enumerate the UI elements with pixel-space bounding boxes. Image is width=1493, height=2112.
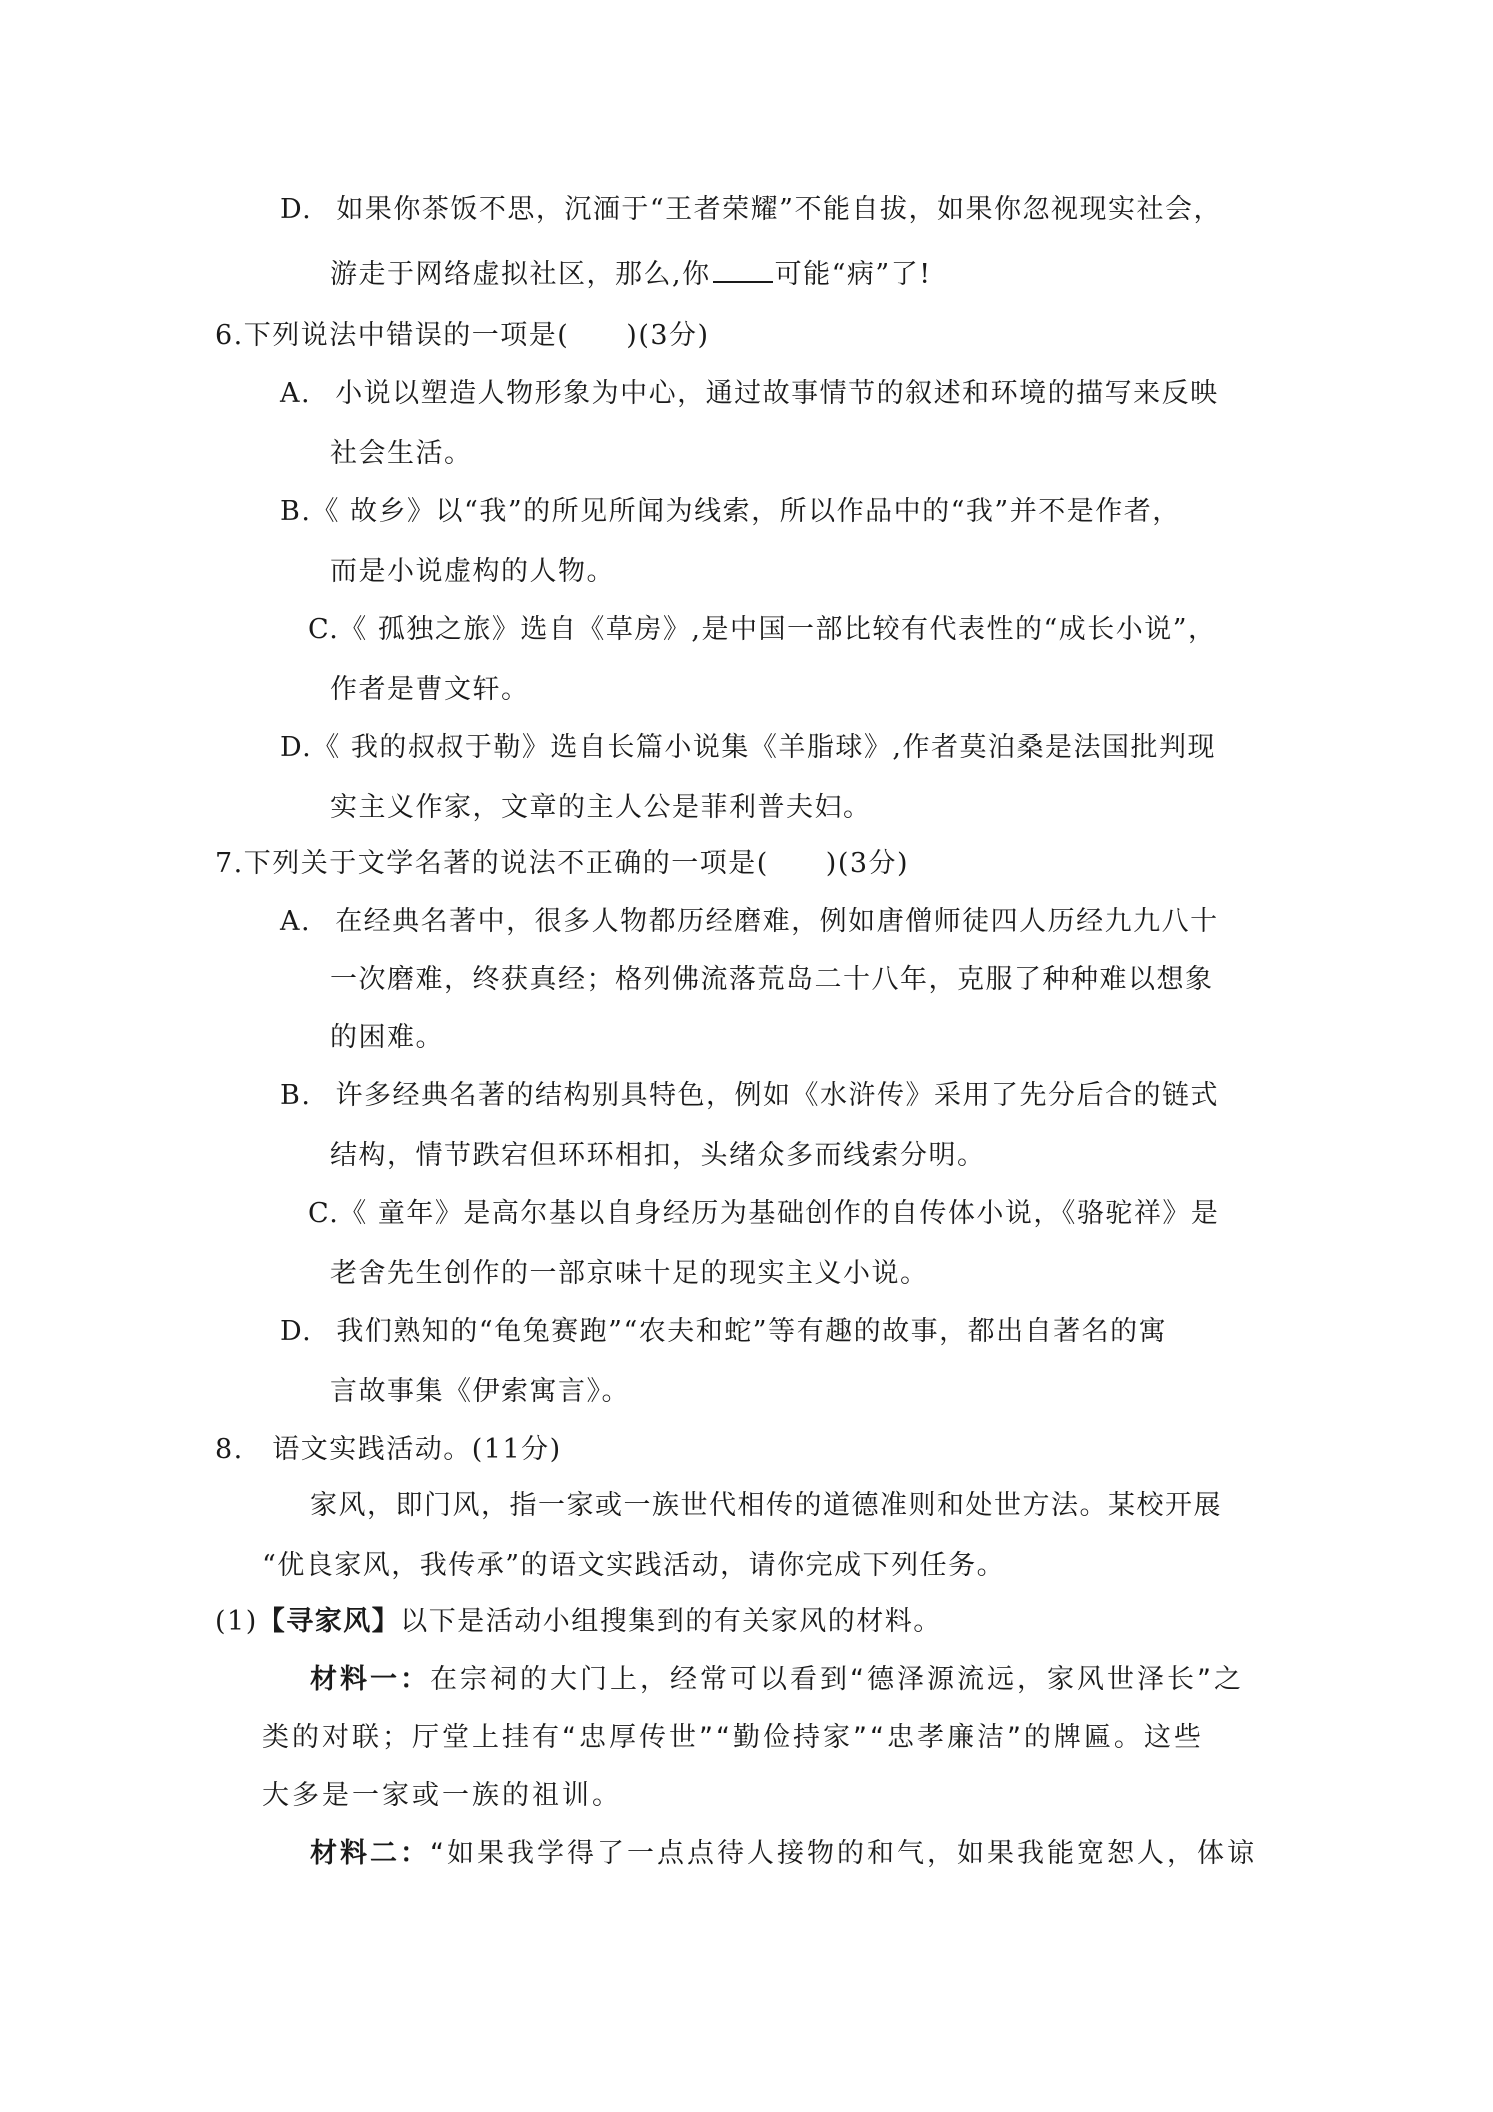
q6-option-a: A. 小说以塑造人物形象为中心，通过故事情节的叙述和环境的描写来反映 (280, 376, 1219, 412)
q6-option-c-cont: 作者是曹文轩。 (330, 672, 530, 708)
q8-intro-line1: 家风，即门风，指一家或一族世代相传的道德准则和处世方法。某校开展 (310, 1488, 1222, 1524)
option-label: C. (308, 614, 339, 645)
option-label: D. (280, 1316, 312, 1347)
q7-option-c: C.《 童年》是高尔基以自身经历为基础创作的自传体小说，《骆驼祥》是 (308, 1196, 1219, 1232)
q6-stem: 6.下列说法中错误的一项是( )(3分) (215, 318, 710, 354)
material-one-line3: 大多是一家或一族的祖训。 (262, 1778, 622, 1814)
option-text: 许多经典名著的结构别具特色，例如《水浒传》采用了先分后合的链式 (336, 1080, 1220, 1111)
material-text: 在宗祠的大门上，经常可以看到“德泽源流远，家风世泽长”之 (430, 1664, 1244, 1695)
q6-option-b-cont: 而是小说虚构的人物。 (330, 554, 615, 590)
task-title: 【寻家风】 (258, 1606, 401, 1637)
q7-option-a-cont1: 一次磨难，终获真经；格列佛流落荒岛二十八年，克服了种种难以想象 (330, 962, 1214, 998)
q6-option-b: B.《 故乡》以“我”的所见所闻为线索，所以作品中的“我”并不是作者， (280, 494, 1181, 530)
option-text: 小说以塑造人物形象为中心，通过故事情节的叙述和环境的描写来反映 (335, 378, 1219, 409)
q7-option-b-cont: 结构，情节跌宕但环环相扣，头绪众多而线索分明。 (330, 1138, 986, 1174)
q5-option-d-line2: 游走于网络虚拟社区，那么,你可能“病”了! (330, 255, 932, 293)
material-one-line1: 材料一：在宗祠的大门上，经常可以看到“德泽源流远，家风世泽长”之 (310, 1662, 1244, 1698)
option-text: 《 孤独之旅》选自《草房》,是中国一部比较有代表性的“成长小说”， (339, 614, 1216, 645)
option-text: 如果你茶饭不思，沉湎于“王者荣耀”不能自拔，如果你忽视现实社会， (336, 194, 1222, 225)
option-text: 在经典名著中，很多人物都历经磨难，例如唐僧师徒四人历经九九八十 (335, 906, 1219, 937)
material-one-line2: 类的对联；厅堂上挂有“忠厚传世”“勤俭持家”“忠孝廉洁”的牌匾。这些 (262, 1720, 1204, 1756)
material-two-line1: 材料二：“如果我学得了一点点待人接物的和气，如果我能宽恕人，体谅 (310, 1836, 1257, 1872)
q8-stem: 8. 语文实践活动。(11分) (215, 1432, 562, 1468)
q5-option-d-line1: D. 如果你茶饭不思，沉湎于“王者荣耀”不能自拔，如果你忽视现实社会， (280, 192, 1222, 228)
option-label: C. (308, 1198, 339, 1229)
material-text: “如果我学得了一点点待人接物的和气，如果我能宽恕人，体谅 (430, 1838, 1257, 1869)
option-label: D. (280, 194, 312, 225)
q6-option-c: C.《 孤独之旅》选自《草房》,是中国一部比较有代表性的“成长小说”， (308, 612, 1217, 648)
option-label: A. (280, 378, 311, 409)
q7-option-c-cont: 老舍先生创作的一部京味十足的现实主义小说。 (330, 1256, 929, 1292)
q8-intro-line2: “优良家风，我传承”的语文实践活动，请你完成下列任务。 (262, 1548, 1005, 1584)
q7-stem: 7.下列关于文学名著的说法不正确的一项是( )(3分) (215, 846, 909, 882)
option-text: 《 故乡》以“我”的所见所闻为线索，所以作品中的“我”并不是作者， (311, 496, 1180, 527)
option-text: 我们熟知的“龟兔赛跑”“农夫和蛇”等有趣的故事，都出自著名的寓 (336, 1316, 1167, 1347)
q6-option-a-cont: 社会生活。 (330, 436, 473, 472)
answer-blank[interactable] (713, 255, 773, 283)
material-label: 材料二： (310, 1838, 430, 1869)
option-text: 可能“病”了! (775, 259, 932, 290)
q7-option-a-cont2: 的困难。 (330, 1020, 444, 1056)
option-text: 游走于网络虚拟社区，那么,你 (330, 259, 711, 290)
option-text: 《 童年》是高尔基以自身经历为基础创作的自传体小说，《骆驼祥》是 (339, 1198, 1219, 1229)
q8-task1: (1)【寻家风】以下是活动小组搜集到的有关家风的材料。 (215, 1604, 942, 1640)
q7-option-d: D. 我们熟知的“龟兔赛跑”“农夫和蛇”等有趣的故事，都出自著名的寓 (280, 1314, 1167, 1350)
q7-option-d-cont: 言故事集《伊索寓言》。 (330, 1374, 630, 1410)
q7-option-b: B. 许多经典名著的结构别具特色，例如《水浒传》采用了先分后合的链式 (280, 1078, 1219, 1114)
task-number: (1) (215, 1606, 258, 1637)
q6-option-d-cont: 实主义作家，文章的主人公是菲利普夫妇。 (330, 790, 872, 826)
option-text: 《 我的叔叔于勒》选自长篇小说集《羊脂球》,作者莫泊桑是法国批判现 (312, 732, 1216, 763)
q7-option-a: A. 在经典名著中，很多人物都历经磨难，例如唐僧师徒四人历经九九八十 (280, 904, 1219, 940)
task-text: 以下是活动小组搜集到的有关家风的材料。 (400, 1606, 942, 1637)
option-label: A. (280, 906, 311, 937)
option-label: B. (280, 1080, 311, 1111)
option-label: D. (280, 732, 312, 763)
option-label: B. (280, 496, 311, 527)
q6-option-d: D.《 我的叔叔于勒》选自长篇小说集《羊脂球》,作者莫泊桑是法国批判现 (280, 730, 1216, 766)
material-label: 材料一： (310, 1664, 430, 1695)
